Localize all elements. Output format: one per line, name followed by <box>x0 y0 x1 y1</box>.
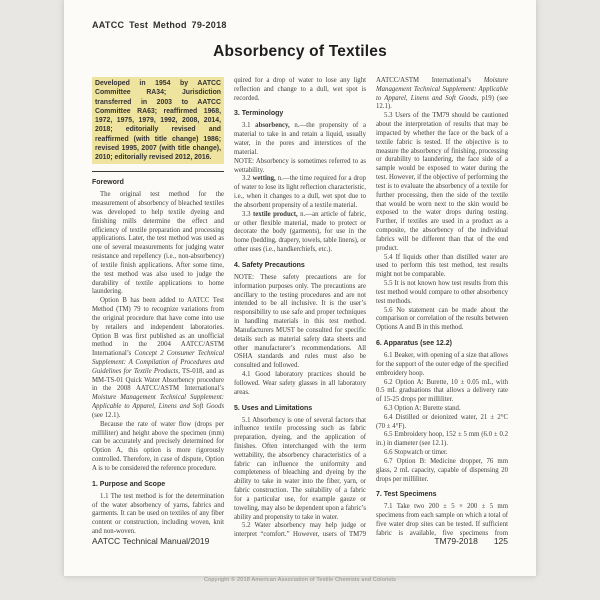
paragraph: 5.6 No statement can be made about the c… <box>376 307 508 333</box>
text-columns: Developed in 1954 by AATCC Committee RA3… <box>92 77 508 539</box>
paragraph: 1.1 The test method is for the determina… <box>92 493 224 537</box>
paragraph: 3.3 textile product, n.—an article of fa… <box>234 211 366 255</box>
paragraph: Because the rate of water flow (drops pe… <box>92 421 224 474</box>
paragraph: 4.1 Good laboratory practices should be … <box>234 371 366 397</box>
footer-method-code: TM79-2018 <box>434 536 477 546</box>
paragraph: 6.5 Embroidery hoop, 152 ± 5 mm (6.0 ± 0… <box>376 431 508 449</box>
history-note: Developed in 1954 by AATCC Committee RA3… <box>92 77 224 164</box>
section-heading: 6. Apparatus (see 12.2) <box>376 340 508 347</box>
paragraph: 5.1 Absorbency is one of several factors… <box>234 417 366 523</box>
footer-page-number: 125 <box>494 536 508 546</box>
section-heading: 7. Test Specimens <box>376 491 508 498</box>
section-heading: 3. Terminology <box>234 110 366 117</box>
paragraph: 5.4 If liquids other than distilled wate… <box>376 254 508 280</box>
section-heading: 5. Uses and Limitations <box>234 405 366 412</box>
paragraph: NOTE: Absorbency is sometimes referred t… <box>234 158 366 176</box>
paragraph: 3.1 absorbency, n.—the propensity of a m… <box>234 122 366 157</box>
page-footer: AATCC Technical Manual/2019 TM79-2018 12… <box>92 536 508 546</box>
paragraph: 6.6 Stopwatch or timer. <box>376 449 508 458</box>
column-3: AATCC/ASTM International’s Moisture Mana… <box>376 77 508 539</box>
document-page: AATCC Test Method 79-2018 Absorbency of … <box>64 0 536 576</box>
method-number: AATCC Test Method 79-2018 <box>92 20 508 30</box>
column-2: quired for a drop of water to lose any l… <box>234 77 366 539</box>
paragraph: 5.5 It is not known how test results fro… <box>376 280 508 306</box>
paragraph: Option B has been added to AATCC Test Me… <box>92 297 224 421</box>
section-heading: 1. Purpose and Scope <box>92 481 224 488</box>
page-content: AATCC Test Method 79-2018 Absorbency of … <box>64 0 536 556</box>
paragraph: 7.1 Take two 200 ± 5 × 200 ± 5 mm specim… <box>376 503 508 539</box>
paragraph: 6.1 Beaker, with opening of a size that … <box>376 352 508 378</box>
copyright-line: Copyright © 2018 American Association of… <box>0 577 600 583</box>
paragraph: 5.3 Users of the TM79 should be cautione… <box>376 112 508 253</box>
footer-manual: AATCC Technical Manual/2019 <box>92 536 209 546</box>
paragraph: 6.3 Option A: Burette stand. <box>376 405 508 414</box>
divider-rule <box>92 171 224 172</box>
paragraph: 6.7 Option B: Medicine dropper, 76 mm gl… <box>376 458 508 484</box>
paragraph: quired for a drop of water to lose any l… <box>234 77 366 103</box>
column-1: Developed in 1954 by AATCC Committee RA3… <box>92 77 224 539</box>
paragraph: The original test method for the measure… <box>92 191 224 297</box>
paragraph: 6.4 Distilled or deionized water, 21 ± 2… <box>376 414 508 432</box>
paragraph: 3.2 wetting, n.—the time required for a … <box>234 175 366 210</box>
paragraph: AATCC/ASTM International’s Moisture Mana… <box>376 77 508 112</box>
paragraph: NOTE: These safety precautions are for i… <box>234 274 366 371</box>
page-title: Absorbency of Textiles <box>92 43 508 61</box>
section-heading: Foreword <box>92 179 224 186</box>
paragraph: 6.2 Option A: Burette, 10 ± 0.05 mL, wit… <box>376 379 508 405</box>
section-heading: 4. Safety Precautions <box>234 262 366 269</box>
